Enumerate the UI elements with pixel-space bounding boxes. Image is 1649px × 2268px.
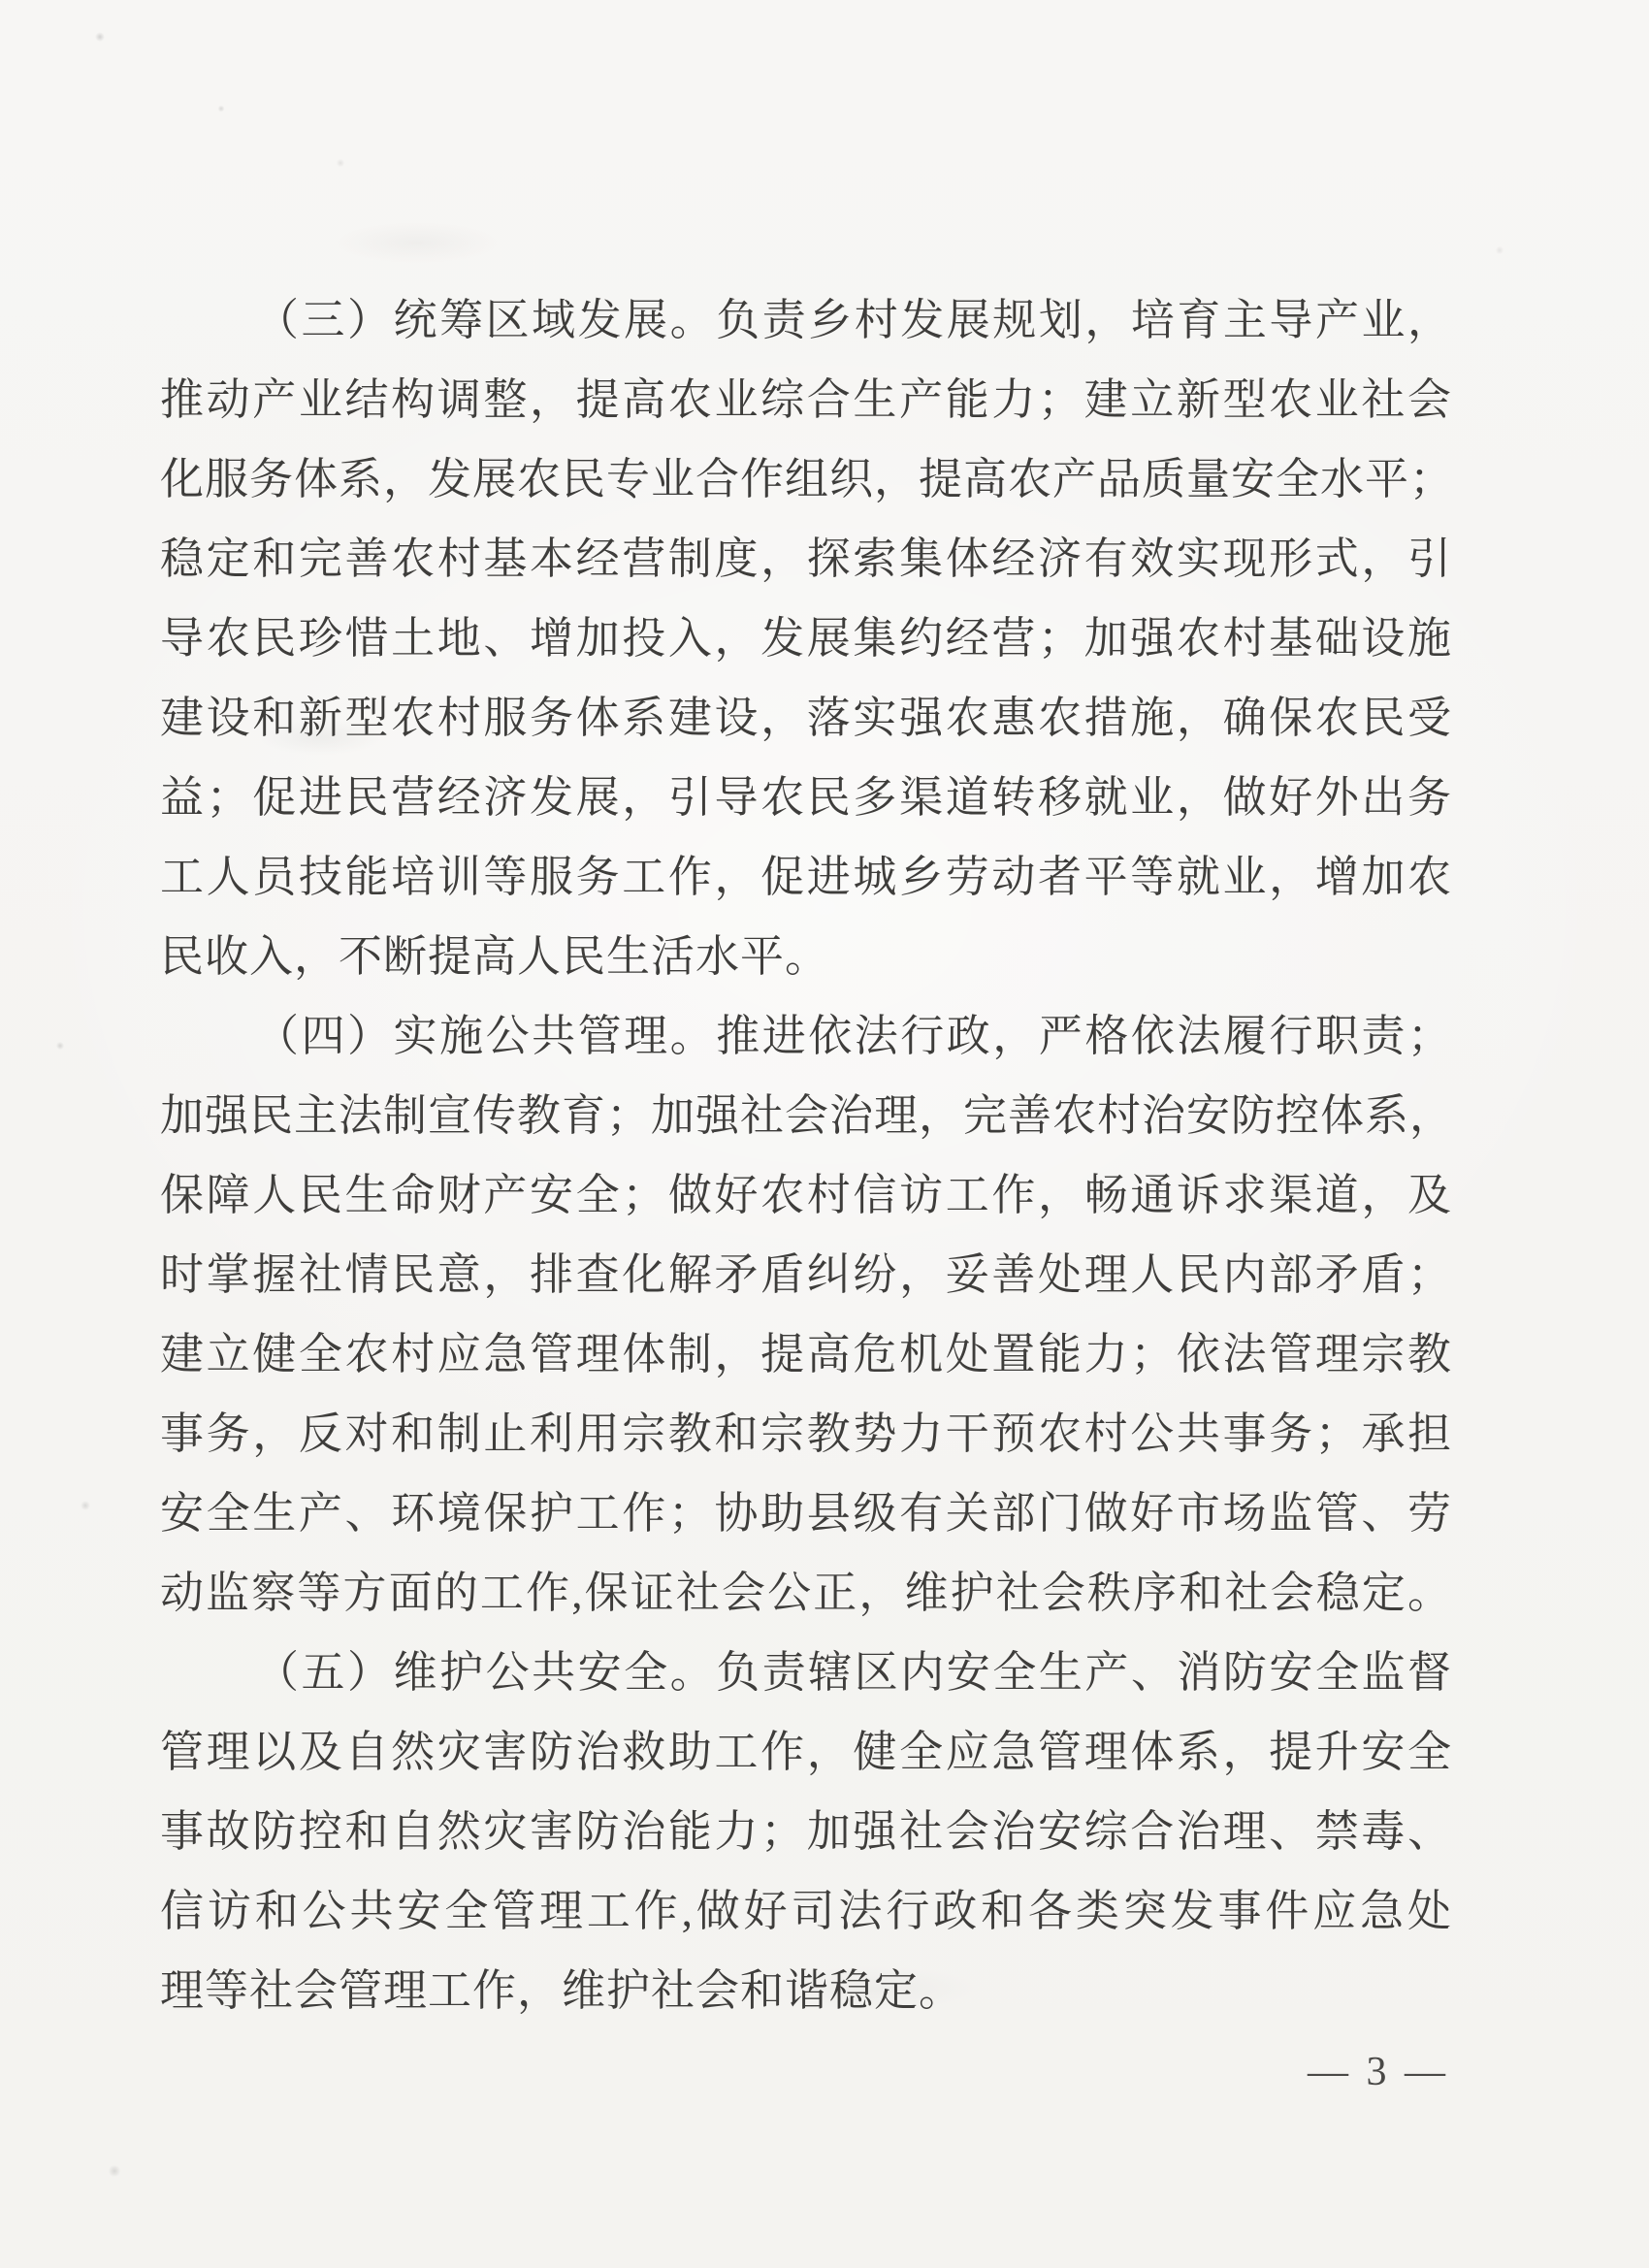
text-line: 稳定和完善农村基本经营制度，探索集体经济有效实现形式，引 (160, 519, 1452, 599)
text-line: 民收入，不断提高人民生活水平。 (160, 917, 1452, 996)
text-line: 信访和公共安全管理工作,做好司法行政和各类突发事件应急处 (160, 1871, 1452, 1951)
scanned-page: （三）统筹区域发展。负责乡村发展规划，培育主导产业， 推动产业结构调整，提高农业… (0, 0, 1649, 2268)
text-line: 化服务体系，发展农民专业合作组织，提高农产品质量安全水平； (160, 439, 1452, 519)
text-line: 推动产业结构调整，提高农业综合生产能力；建立新型农业社会 (160, 360, 1452, 439)
text-line: 建设和新型农村服务体系建设，落实强农惠农措施，确保农民受 (160, 678, 1452, 758)
paragraph-3: （三）统筹区域发展。负责乡村发展规划，培育主导产业， 推动产业结构调整，提高农业… (160, 280, 1452, 996)
page-number: — 3 — (1308, 2043, 1449, 2101)
text-line: 安全生产、环境保护工作；协助县级有关部门做好市场监管、劳 (160, 1474, 1452, 1553)
text-line: 动监察等方面的工作,保证社会公正，维护社会秩序和社会稳定。 (160, 1553, 1452, 1633)
text-line: 加强民主法制宣传教育；加强社会治理，完善农村治安防控体系， (160, 1076, 1452, 1155)
text-line: 理等社会管理工作，维护社会和谐稳定。 (160, 1951, 1452, 2030)
text-line: 事故防控和自然灾害防治能力；加强社会治安综合治理、禁毒、 (160, 1792, 1452, 1871)
text-line: 事务，反对和制止利用宗教和宗教势力干预农村公共事务；承担 (160, 1394, 1452, 1474)
text-line: 工人员技能培训等服务工作，促进城乡劳动者平等就业，增加农 (160, 837, 1452, 917)
text-line: 保障人民生命财产安全；做好农村信访工作，畅通诉求渠道，及 (160, 1155, 1452, 1235)
paragraph-5: （五）维护公共安全。负责辖区内安全生产、消防安全监督 管理以及自然灾害防治救助工… (160, 1633, 1452, 2030)
text-line: 管理以及自然灾害防治救助工作，健全应急管理体系，提升安全 (160, 1712, 1452, 1792)
text-line: 益；促进民营经济发展，引导农民多渠道转移就业，做好外出务 (160, 758, 1452, 837)
text-line: 导农民珍惜土地、增加投入，发展集约经营；加强农村基础设施 (160, 599, 1452, 678)
paragraph-4: （四）实施公共管理。推进依法行政，严格依法履行职责； 加强民主法制宣传教育；加强… (160, 996, 1452, 1633)
text-line: （四）实施公共管理。推进依法行政，严格依法履行职责； (160, 996, 1452, 1076)
text-line: （五）维护公共安全。负责辖区内安全生产、消防安全监督 (160, 1633, 1452, 1712)
text-line: （三）统筹区域发展。负责乡村发展规划，培育主导产业， (160, 280, 1452, 360)
document-body: （三）统筹区域发展。负责乡村发展规划，培育主导产业， 推动产业结构调整，提高农业… (160, 280, 1452, 2030)
text-line: 建立健全农村应急管理体制，提高危机处置能力；依法管理宗教 (160, 1314, 1452, 1394)
text-line: 时掌握社情民意，排查化解矛盾纠纷，妥善处理人民内部矛盾； (160, 1235, 1452, 1314)
